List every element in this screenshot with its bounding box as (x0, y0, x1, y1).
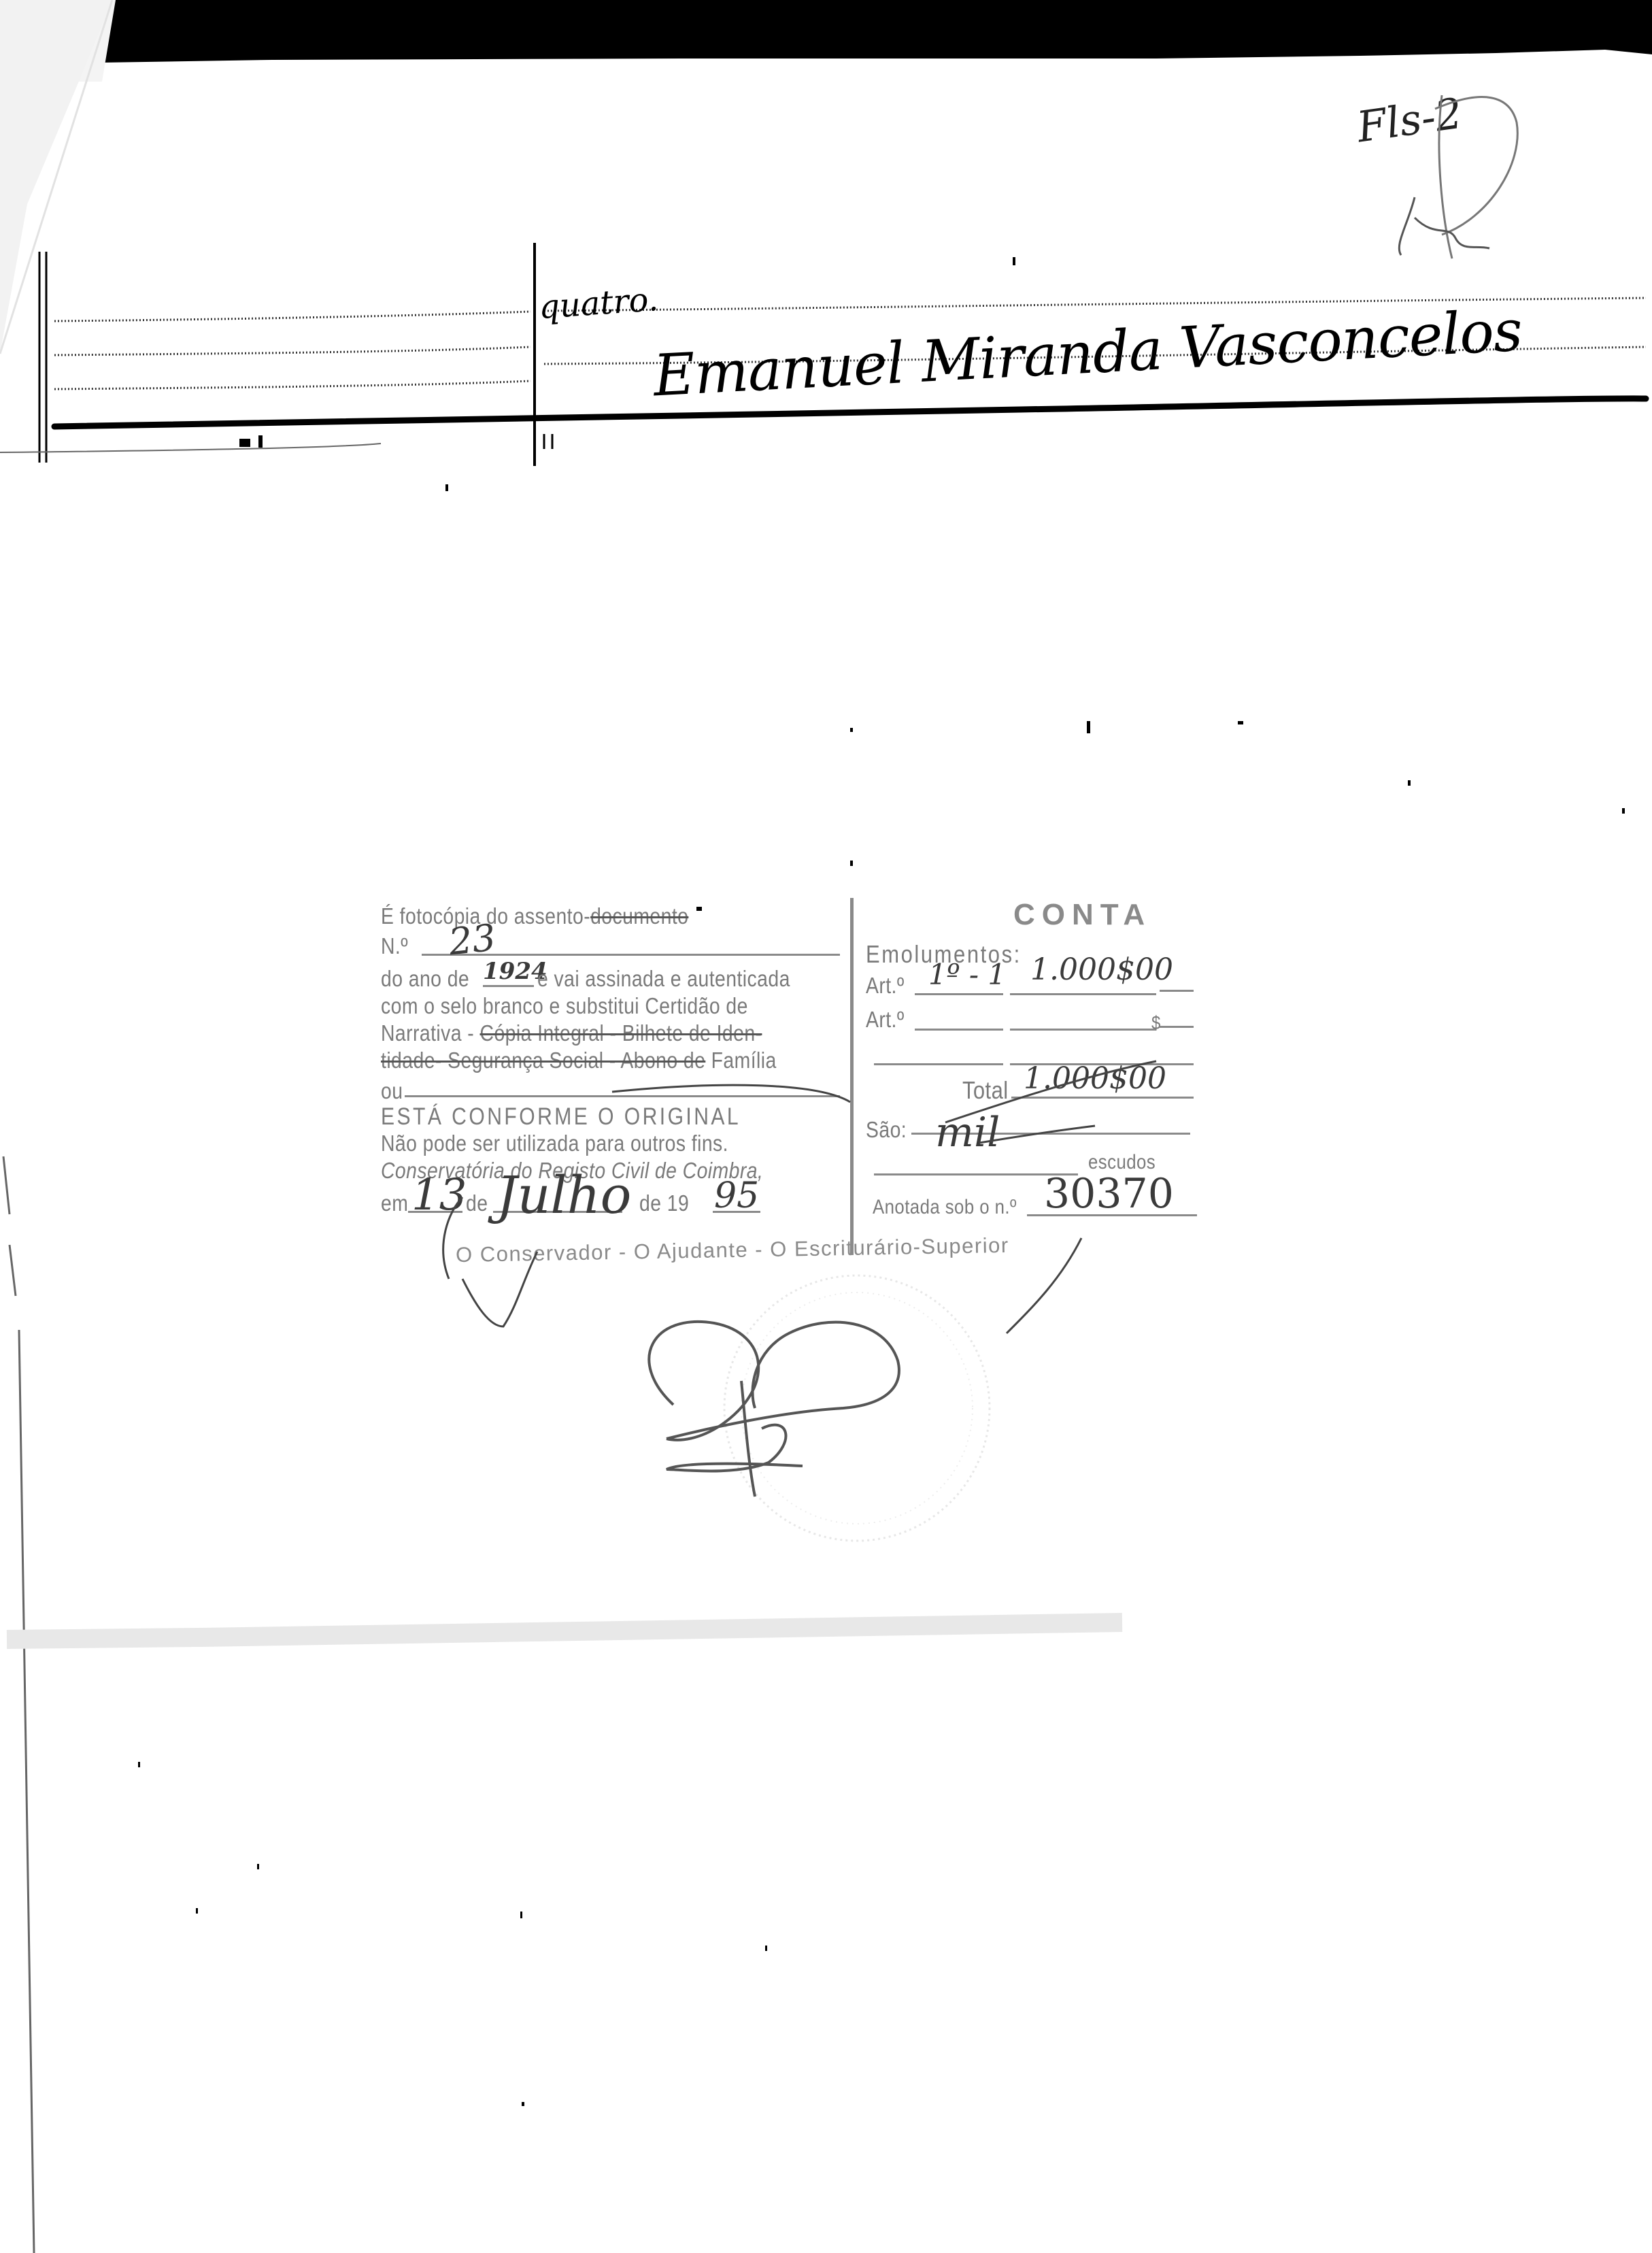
stamp-number-value: 23 (447, 916, 498, 964)
stamp-ou-label: ou (381, 1078, 403, 1104)
stamp-date-day: 13 (411, 1170, 467, 1220)
stamp-struck-copia: Cópia Integral - Bilhete de Iden- (480, 1020, 762, 1046)
stamp-number-label: N.º (381, 933, 408, 959)
stamp-signers-line: O Conservador - O Ajudante - O Escriturá… (456, 1233, 1009, 1267)
stamp-art2-label: Art.º (866, 1007, 905, 1033)
stamp-art1-amount: 1.000$00 (1030, 952, 1173, 987)
stamp-art1-ref: 1º - 1 (928, 958, 1006, 991)
stamp-divider (850, 898, 854, 1255)
stamp-date-month: Julho (496, 1165, 631, 1225)
conservador-signature-icon (649, 1322, 899, 1497)
stamp-conforme: ESTÁ CONFORME O ORIGINAL (381, 1103, 741, 1131)
stamp-total-amount: 1.000$00 (1024, 1061, 1166, 1096)
stamp-struck-documento: documento (590, 903, 688, 929)
stamp-year-label: do ano de (381, 966, 469, 992)
stamp-total-label: Total (962, 1076, 1009, 1105)
stamp-restriction: Não pode ser utilizada para outros fins. (381, 1131, 728, 1156)
folio-initials-icon (1333, 82, 1551, 272)
stamp-date-year-prefix: de 19 (639, 1190, 689, 1216)
stamp-date-prefix: em (381, 1190, 408, 1216)
stamp-familia: Família (705, 1048, 776, 1073)
stamp-sao-label: São: (866, 1117, 907, 1143)
stamp-line-selo: com o selo branco e substitui Certidão d… (381, 993, 748, 1019)
stamp-date-of: de (466, 1190, 488, 1216)
stamp-narrativa: Narrativa - (381, 1020, 480, 1046)
scanner-shadow (0, 0, 1652, 82)
stamp-art2-dollar: $ (1151, 1012, 1161, 1034)
stamp-anotada-label: Anotada sob o n.º (873, 1196, 1017, 1219)
stamp-struck-seguranca: tidade- Segurança Social - Abono de (381, 1048, 705, 1073)
embossed-seal-icon (724, 1275, 990, 1541)
stamp-date-year-suffix: 95 (714, 1175, 759, 1216)
scanned-document-page: quatro. Emanuel Miranda Vasconcelos Fls-… (0, 0, 1652, 2253)
stamp-anotada-value: 30370 (1044, 1170, 1174, 1218)
stamp-sao-value: mil (935, 1109, 1000, 1156)
stamp-art1-label: Art.º (866, 973, 905, 999)
stamp-line-assinada: e vai assinada e autenticada (537, 966, 790, 992)
certification-stamp: É fotocópia do assento-documento N.º 23 … (381, 898, 1238, 1292)
stamp-conta-title: CONTA (1013, 898, 1151, 932)
